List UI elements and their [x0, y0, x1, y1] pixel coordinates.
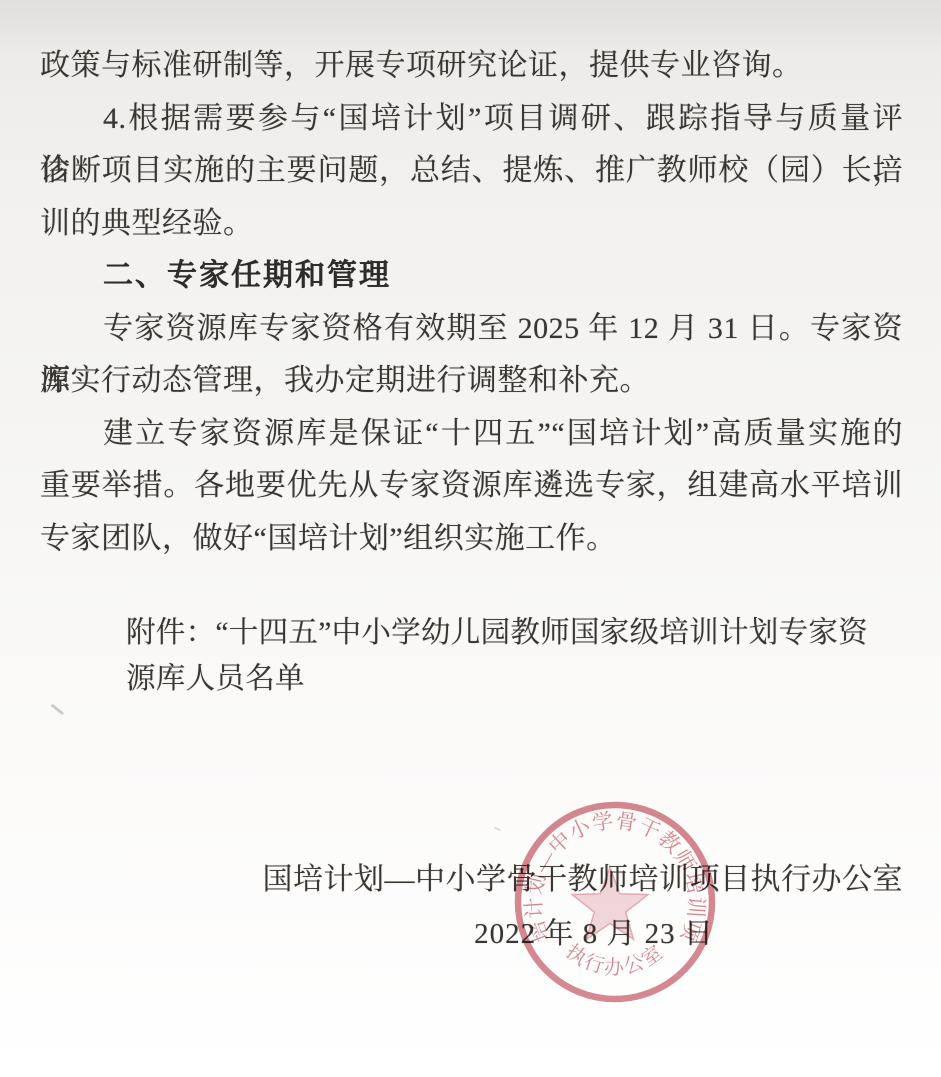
seal-bottom-text: 执行办公室 [562, 940, 669, 979]
scan-artifact [51, 704, 64, 715]
body-line: 政策与标准研制等，开展专项研究论证，提供专业咨询。 [40, 40, 903, 93]
body-line: 训的典型经验。 [40, 198, 903, 251]
section-heading: 二、专家任期和管理 [40, 250, 903, 303]
official-seal: 国培计划—中小学骨干教师培训项目 执行办公室 [510, 799, 720, 1009]
body-line: 库实行动态管理，我办定期进行调整和补充。 [40, 355, 903, 408]
body-line: 诊断项目实施的主要问题，总结、提炼、推广教师校（园）长培 [40, 145, 903, 198]
attachment-line: 附件：“十四五”中小学幼儿园教师国家级培训计划专家资 [126, 610, 916, 656]
body-line: 建立专家资源库是保证“十四五”“国培计划”高质量实施的 [40, 408, 903, 461]
attachment-line: 源库人员名单 [126, 656, 916, 702]
star-icon [572, 867, 648, 939]
svg-text:执行办公室: 执行办公室 [562, 940, 669, 979]
document-page: 政策与标准研制等，开展专项研究论证，提供专业咨询。 4.根据需要参与“国培计划”… [0, 0, 941, 1077]
body-line: 专家团队，做好“国培计划”组织实施工作。 [40, 513, 903, 566]
body-text: 政策与标准研制等，开展专项研究论证，提供专业咨询。 4.根据需要参与“国培计划”… [40, 40, 903, 565]
body-line: 4.根据需要参与“国培计划”项目调研、跟踪指导与质量评估， [40, 93, 903, 146]
body-line: 重要举措。各地要优先从专家资源库遴选专家，组建高水平培训 [40, 460, 903, 513]
body-line: 专家资源库专家资格有效期至 2025 年 12 月 31 日。专家资源 [40, 303, 903, 356]
attachment-note: 附件：“十四五”中小学幼儿园教师国家级培训计划专家资 源库人员名单 [126, 610, 916, 702]
scan-artifact [494, 827, 501, 832]
